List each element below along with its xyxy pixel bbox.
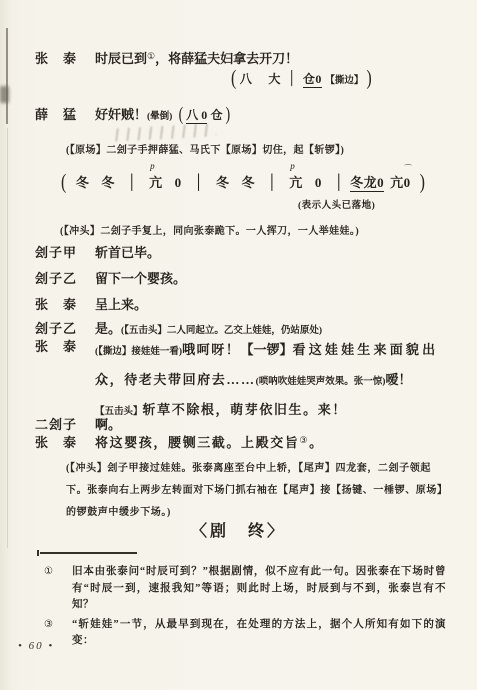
rest-zero: 0 bbox=[315, 175, 322, 190]
speaker-name: 二刽子 bbox=[35, 414, 92, 433]
text-segment: 。 bbox=[309, 435, 324, 450]
play-end-title: 〈剧 终〉 bbox=[0, 518, 477, 541]
dialogue-text: 斩首已毕。 bbox=[95, 242, 160, 261]
close-paren: ) bbox=[366, 67, 372, 91]
text-segment: 好奸贼！ bbox=[95, 107, 147, 122]
accented-gong-group: ⌒亢0 bbox=[390, 172, 411, 191]
piano-mark: p bbox=[290, 161, 295, 171]
footnote-text: “斩娃娃”一节，从最早到现在，在处理的方法上，据个人所知有如下的演变： bbox=[72, 617, 446, 650]
percussion-notation-line: (冬冬∣p亢0∣冬冬∣p亢0∣冬龙0⌒亢0) bbox=[58, 172, 428, 192]
dialogue-text: 好奸贼！(晕倒) (八 0 仓) bbox=[95, 104, 233, 124]
rest-zero: 0 bbox=[175, 175, 182, 190]
gong-token: 亢 bbox=[390, 175, 404, 190]
page-number: • 60 • bbox=[18, 640, 54, 652]
open-paren: ( bbox=[179, 105, 184, 127]
dialogue-line: 张 泰 呈上来。 bbox=[35, 294, 147, 313]
underlined-notation: 八 0 bbox=[186, 108, 207, 124]
drum-token: 冬 bbox=[241, 175, 255, 190]
stage-direction: (【原场】二刽子手押薛猛、马氏下【原场】切住，起【斩锣】) bbox=[66, 141, 344, 156]
scanned-script-page: 张 泰 时辰已到①，将薛猛夫妇拿去开刀！ (八大∣仓0 【撕边】) 薛 猛 好奸… bbox=[0, 0, 477, 690]
dialogue-text: 啊。 bbox=[95, 414, 121, 433]
dialogue-text: 时辰已到①，将薛猛夫妇拿去开刀！ bbox=[95, 48, 298, 67]
footnote-1: ① 旧本由张泰问“时辰可到？”根据剧情，似不应有此一句。因张泰在下场时曾有“时辰… bbox=[44, 564, 450, 614]
dialogue-line: 刽子甲 斩首已毕。 bbox=[35, 242, 160, 261]
bar-line: ∣ bbox=[337, 171, 341, 194]
drum-token: 冬 bbox=[216, 175, 230, 190]
open-paren: ( bbox=[61, 171, 67, 195]
rest-zero: 0 bbox=[404, 175, 411, 190]
gong-token-group: p亢 bbox=[149, 172, 163, 191]
bar-line: ∣ bbox=[197, 171, 201, 194]
text-segment: 嗳！ bbox=[385, 372, 411, 387]
footnote-separator bbox=[40, 552, 137, 554]
notation-token: 八 bbox=[186, 108, 198, 122]
bar-line: ∣ bbox=[270, 171, 274, 194]
left-binding-line bbox=[6, 28, 8, 124]
footnote-marker: ① bbox=[44, 564, 72, 614]
notation-token: 八 bbox=[240, 72, 253, 86]
notation-token: 仓 bbox=[303, 72, 316, 86]
speaker-name: 薛 猛 bbox=[35, 104, 92, 123]
luogu-tag: 【撕边】 bbox=[325, 76, 363, 86]
footnotes: ① 旧本由张泰问“时辰可到？”根据剧情，似不应有此一句。因张泰在下场时曾有“时辰… bbox=[44, 564, 450, 650]
speaker-name: 张 泰 bbox=[35, 294, 92, 313]
percussion-caption: (表示人头已落地) bbox=[298, 197, 375, 211]
speech-line-3: 【五击头】斩草不除根，萌芽依旧生。来！ bbox=[95, 396, 438, 426]
bar-line: ∣ bbox=[290, 69, 294, 91]
dialogue-line: 薛 猛 好奸贼！(晕倒) (八 0 仓) bbox=[35, 104, 233, 124]
pencil-smudge bbox=[112, 123, 217, 141]
dialogue-line: 张 泰 将这婴孩，腰铡三截。上殿交旨③。 bbox=[35, 432, 324, 451]
dialogue-line: 张 泰 (【撕边】接娃娃一看)哦呵呀！【一锣】看这娃娃生来面貌出 众，待老夫带回… bbox=[35, 336, 438, 426]
drum-token: 冬 bbox=[76, 175, 90, 190]
dialogue-text: 是。(【五击头】二人同起立。乙交上娃娃，仍站原处) bbox=[95, 318, 322, 337]
gong-token: 亢 bbox=[289, 175, 303, 190]
text-segment: 众，待老夫带回府去…… bbox=[95, 372, 256, 387]
rest-zero: 0 bbox=[315, 72, 322, 86]
gong-notation-line: (八大∣仓0 【撕边】) bbox=[228, 70, 375, 88]
text-segment: 斩草不除根，萌芽依旧生。来！ bbox=[143, 402, 347, 417]
left-binding-line-faint bbox=[7, 128, 8, 548]
notation-token: 大 bbox=[268, 72, 281, 86]
stage-direction: (【冲头】二刽子手复上，同向张泰跪下。一人挥刀，一人举娃娃。) bbox=[60, 222, 359, 237]
speaker-name: 刽子乙 bbox=[35, 268, 92, 287]
luogu-tag: 【一锣】 bbox=[240, 342, 292, 357]
drum-token: 冬龙 bbox=[350, 175, 377, 190]
footnote-text: 旧本由张泰问“时辰可到？”根据剧情，似不应有此一句。因张泰在下场时曾有“时辰一到… bbox=[72, 564, 446, 614]
dialogue-line: 刽子乙 留下一个婴孩。 bbox=[35, 268, 186, 287]
text-segment: 哦呵呀！ bbox=[182, 342, 240, 357]
dialogue-line: 二刽子 啊。 bbox=[35, 414, 121, 433]
speaker-name: 刽子乙 bbox=[35, 318, 92, 337]
margin-ink-smudge bbox=[0, 86, 9, 103]
stage-note-inline: (唢呐吹娃娃哭声效果。张一惊) bbox=[256, 377, 386, 387]
dialogue-text: (【撕边】接娃娃一看)哦呵呀！【一锣】看这娃娃生来面貌出 众，待老夫带回府去……… bbox=[95, 336, 438, 426]
speaker-name: 张 泰 bbox=[35, 432, 92, 451]
dialogue-text: 留下一个婴孩。 bbox=[95, 268, 186, 287]
dialogue-line: 刽子乙 是。(【五击头】二人同起立。乙交上娃娃，仍站原处) bbox=[35, 318, 322, 337]
footnote-3: ③ “斩娃娃”一节，从最早到现在，在处理的方法上，据个人所知有如下的演变： bbox=[44, 617, 450, 650]
speech-line-2: 众，待老夫带回府去……(唢呐吹娃娃哭声效果。张一惊)嗳！ bbox=[95, 366, 438, 396]
text-segment: 是。 bbox=[95, 321, 121, 336]
rest-zero: 0 bbox=[201, 108, 207, 122]
gong-token: 亢 bbox=[149, 175, 163, 190]
accent-mark: ⌒ bbox=[404, 163, 412, 174]
stage-note-inline: (【撕边】接娃娃一看) bbox=[95, 347, 182, 357]
text-segment: 看这娃娃生来面貌出 bbox=[293, 342, 439, 357]
piano-mark: p bbox=[150, 161, 155, 171]
bar-line: ∣ bbox=[130, 171, 134, 194]
underlined-notation: 仓0 bbox=[303, 72, 322, 88]
dialogue-text: 将这婴孩，腰铡三截。上殿交旨③。 bbox=[95, 432, 324, 451]
close-paren: ) bbox=[420, 171, 426, 195]
dialogue-text: 呈上来。 bbox=[95, 294, 147, 313]
stage-note-inline: (晕倒) bbox=[147, 112, 172, 122]
text-segment: 时辰已到 bbox=[95, 51, 147, 66]
speech-line-1: (【撕边】接娃娃一看)哦呵呀！【一锣】看这娃娃生来面貌出 bbox=[95, 336, 438, 366]
gong-token-group: p亢 bbox=[289, 172, 303, 191]
stage-note-inline: (【五击头】二人同起立。乙交上娃娃，仍站原处) bbox=[121, 326, 322, 336]
underlined-notation: 冬龙0 bbox=[350, 175, 384, 192]
stage-direction: (【冲头】刽子甲接过娃娃。张泰离座至台中上轿，【尾声】四龙套，二刽子领起下。张泰… bbox=[66, 458, 452, 524]
text-segment: ，将薛猛夫妇拿去开刀！ bbox=[155, 51, 298, 66]
footnote-ref-1: ① bbox=[147, 51, 155, 61]
notation-token: 仓 bbox=[211, 108, 223, 122]
dialogue-line: 张 泰 时辰已到①，将薛猛夫妇拿去开刀！ bbox=[35, 48, 298, 67]
speaker-name: 张 泰 bbox=[35, 336, 92, 355]
rest-zero: 0 bbox=[377, 175, 384, 190]
close-paren: ) bbox=[226, 105, 231, 127]
speaker-name: 刽子甲 bbox=[35, 242, 92, 261]
footnote-ref-3: ③ bbox=[299, 435, 309, 445]
drum-token: 冬 bbox=[101, 175, 115, 190]
open-paren: ( bbox=[231, 67, 237, 91]
text-segment: 将这婴孩，腰铡三截。上殿交旨 bbox=[95, 435, 299, 450]
speaker-name: 张 泰 bbox=[35, 48, 92, 67]
